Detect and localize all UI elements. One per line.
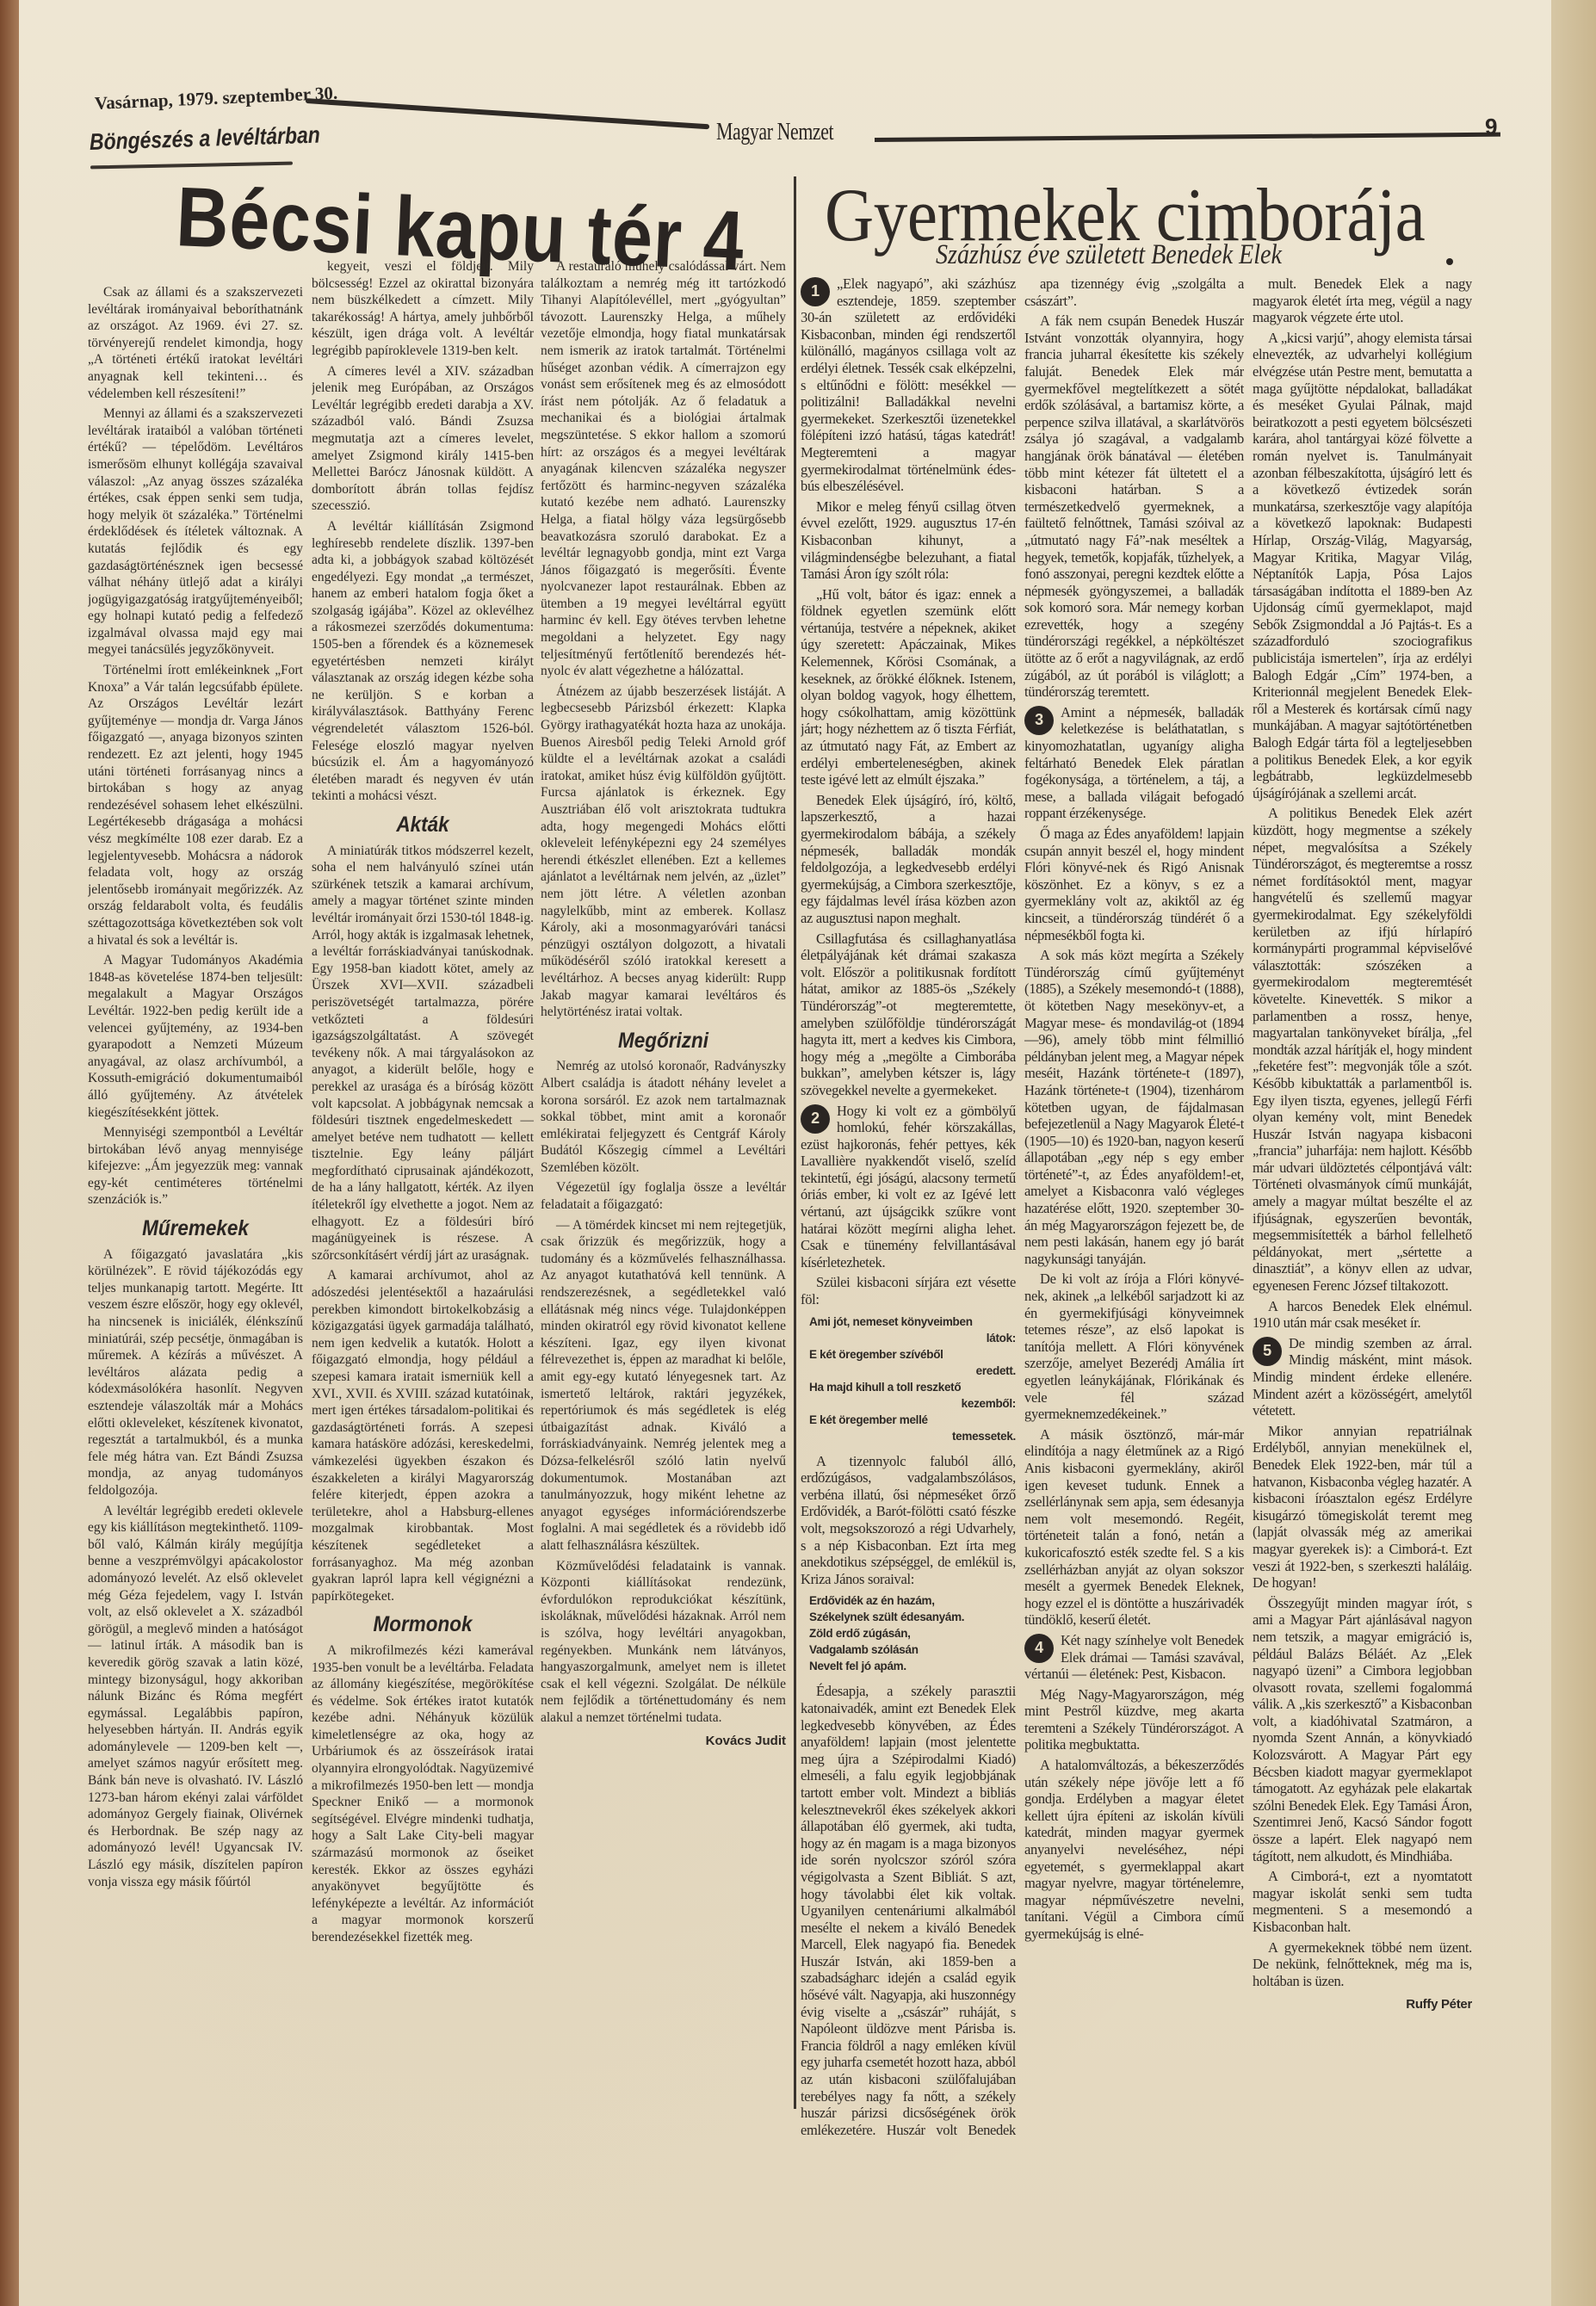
section-heading: Műremekek <box>99 1221 293 1238</box>
kriza-poem: Erdővidék az én hazám,Székelynek szült é… <box>809 1592 1016 1674</box>
poem-line: temessetek. <box>809 1428 1016 1444</box>
right-article-subheadline: Százhúsz éve született Benedek Elek <box>936 239 1282 271</box>
paragraph: A kamarai archívumot, ahol az adószedési… <box>312 1267 534 1604</box>
paragraph-text: Szülei kisbaconi sírjára ezt vésette föl… <box>801 1274 1016 1308</box>
section-number-badge: 4 <box>1024 1634 1054 1663</box>
paragraph: apa tizennégy évig „szolgálta a császárt… <box>1024 275 1244 309</box>
paragraph: Mennyiségi szempontból a Levéltár birtok… <box>88 1124 303 1209</box>
paragraph-text: Végezetül így foglalja össze a levéltár … <box>541 1180 786 1212</box>
paragraph-text: A címeres levél a XIV. században jelenik… <box>312 364 534 514</box>
paragraph-text: Közművelődési feladataink is vannak. Köz… <box>541 1559 786 1725</box>
paragraph-text: Csak az állami és a szakszervezeti levél… <box>88 285 303 401</box>
paragraph: A miniatúrák titkos módszerrel kezelt, s… <box>312 843 534 1264</box>
right-article-column-1: 1„Elek nagyapó”, aki százhúsz esztendeje… <box>801 275 1016 2135</box>
paragraph: A hatalomváltozás, a békeszerződés után … <box>1024 1757 1244 1943</box>
section-number-badge: 2 <box>801 1104 830 1134</box>
paragraph: mult. Benedek Elek a nagy magyarok életé… <box>1253 275 1472 326</box>
paragraph-text: Mennyi az állami és a szakszervezeti lev… <box>88 406 303 657</box>
paragraph: A címeres levél a XIV. században jelenik… <box>312 363 534 515</box>
paragraph-text: Benedek Elek újságíró, író, költő, lapsz… <box>801 792 1016 926</box>
section-number-badge: 5 <box>1253 1337 1282 1366</box>
poem-line: látok: <box>809 1330 1016 1346</box>
paragraph: Mikor annyian repatriálnak Erdélyből, an… <box>1253 1423 1472 1592</box>
paragraph-text: De mindig szemben az árral. Mindig máské… <box>1253 1335 1472 1419</box>
paragraph: Mikor e meleg fényű csillag ötven évvel … <box>801 498 1016 583</box>
paragraph-text: A miniatúrák titkos módszerrel kezelt, s… <box>312 844 534 1263</box>
section-number-badge: 3 <box>1024 706 1054 735</box>
paragraph: — A tömérdek kincset mi nem rejtegetjük,… <box>541 1217 786 1555</box>
poem-line: Erdővidék az én hazám, <box>809 1592 1016 1609</box>
paragraph-text: Összegyűjt minden magyar írót, s ami a M… <box>1253 1595 1472 1864</box>
section-heading: Mormonok <box>323 1617 523 1634</box>
paragraph: 4Két nagy színhelye volt Benedek Elek dr… <box>1024 1632 1244 1683</box>
paragraph-text: A kamarai archívumot, ahol az adószedési… <box>312 1268 534 1603</box>
paragraph: 2Hogy ki volt ez a gömbölyű homlokú, feh… <box>801 1103 1016 1271</box>
paragraph: Mennyi az állami és a szakszervezeti lev… <box>88 405 303 658</box>
paragraph: Csillagfutása és csillaghanyatlása életp… <box>801 930 1016 1099</box>
poem-line: kezemből: <box>809 1395 1016 1412</box>
paragraph-text: A restauráló műhely csalódással várt. Ne… <box>541 259 786 678</box>
section-heading: Megőrizni <box>553 1033 774 1050</box>
poem-line: Vadgalamb szólásán <box>809 1641 1016 1658</box>
paragraph-text: mult. Benedek Elek a nagy magyarok életé… <box>1253 275 1472 325</box>
page-number: 9 <box>1485 114 1497 140</box>
paragraph: Közművelődési feladataink is vannak. Köz… <box>541 1558 786 1727</box>
paragraph-text: A sok más közt megírta a Székely Tündéro… <box>1024 947 1244 1267</box>
paragraph-text: — A tömérdek kincset mi nem rejtegetjük,… <box>541 1218 786 1553</box>
paragraph: Átnézem az újabb beszerzések listáját. A… <box>541 683 786 1021</box>
paragraph: „Hű volt, bátor és igaz: ennek a földnek… <box>801 586 1016 788</box>
paragraph-text: A gyermekeknek többé nem üzent. De nekün… <box>1253 1939 1472 1989</box>
paragraph-text: Átnézem az újabb beszerzések listáját. A… <box>541 684 786 1019</box>
paragraph: Még Nagy-Magyarországon, még mint Pestrő… <box>1024 1686 1244 1753</box>
paragraph-text: A mikrofilmezés kézi kamerával 1935-ben … <box>312 1643 534 1944</box>
paragraph: A sok más közt megírta a Székely Tündéro… <box>1024 947 1244 1267</box>
paragraph: A Cimborá-t, ezt a nyomtatott magyar isk… <box>1253 1868 1472 1935</box>
paragraph-text: A másik ösztönző, már-már elindítója a n… <box>1024 1426 1244 1629</box>
paragraph-text: A hatalomváltozás, a békeszerződés után … <box>1024 1757 1244 1942</box>
left-article-column-3: A restauráló műhely csalódással várt. Ne… <box>541 258 786 2152</box>
paragraph: Édesapja, a székely parasztii katonaivad… <box>801 1683 1016 2135</box>
paragraph-text: A levéltár legrégibb eredeti oklevele eg… <box>88 1504 303 1889</box>
paragraph: Nemrég az utolsó koronaőr, Radványszky A… <box>541 1058 786 1176</box>
paragraph-text: Csillagfutása és csillaghanyatlása életp… <box>801 930 1016 1098</box>
paragraph-text: Történelmi írott emlékeinknek „Fort Knox… <box>88 663 303 948</box>
paragraph-text: De ki volt az írója a Flóri könyvé-nek, … <box>1024 1270 1244 1422</box>
paragraph: A mikrofilmezés kézi kamerával 1935-ben … <box>312 1642 534 1946</box>
newspaper-name: Magyar Nemzet <box>716 119 833 146</box>
paragraph: 5De mindig szemben az árral. Mindig másk… <box>1253 1335 1472 1419</box>
paragraph-text: A politikus Benedek Elek azért küzdött, … <box>1253 805 1472 1294</box>
column-divider <box>794 176 796 2109</box>
paragraph: A tizennyolc faluból álló, erdőzúgásos, … <box>801 1453 1016 1588</box>
section-heading: Akták <box>323 817 523 834</box>
author-signature: Kovács Judit <box>541 1733 786 1750</box>
paragraph: A másik ösztönző, már-már elindítója a n… <box>1024 1426 1244 1629</box>
paragraph-text: A fák nem csupán Benedek Huszár Istvánt … <box>1024 312 1244 700</box>
poem-line: E két öregember szívéből <box>809 1346 1016 1363</box>
poem-line: E két öregember mellé <box>809 1412 1016 1428</box>
paragraph-text: Ő maga az Édes anyaföldem! lapjain csupá… <box>1024 825 1244 943</box>
paragraph-text: A levéltár kiállításán Zsigmond leghíres… <box>312 519 534 804</box>
paragraph-text: „Elek nagyapó”, aki százhúsz esztendeje,… <box>801 275 1016 494</box>
paragraph: De ki volt az írója a Flóri könyvé-nek, … <box>1024 1270 1244 1422</box>
paragraph-text: Nemrég az utolsó koronaőr, Radványszky A… <box>541 1059 786 1175</box>
poem-line: Székelynek szült édesanyám. <box>809 1609 1016 1625</box>
background-right-edge <box>1544 0 1596 2306</box>
paragraph: A fák nem csupán Benedek Huszár Istvánt … <box>1024 312 1244 701</box>
paragraph-text: A harcos Benedek Elek elnémul. 1910 után… <box>1253 1298 1472 1332</box>
poem-line: eredett. <box>809 1363 1016 1379</box>
paragraph-text: Két nagy színhelye volt Benedek Elek drá… <box>1024 1632 1244 1682</box>
paragraph-text: Hogy ki volt ez a gömbölyű homlokú, fehé… <box>801 1103 1016 1270</box>
decorative-dot <box>1446 258 1453 265</box>
paragraph: 1„Elek nagyapó”, aki százhúsz esztendeje… <box>801 275 1016 495</box>
paragraph: A levéltár legrégibb eredeti oklevele eg… <box>88 1503 303 1891</box>
paragraph: Összegyűjt minden magyar írót, s ami a M… <box>1253 1595 1472 1865</box>
left-article-column-1: Csak az állami és a szakszervezeti levél… <box>88 284 303 2152</box>
paragraph-text: apa tizennégy évig „szolgálta a császárt… <box>1024 275 1244 309</box>
paragraph: A főigazgató javaslatára „kis körülnézek… <box>88 1246 303 1499</box>
paragraph-text: Mikor e meleg fényű csillag ötven évvel … <box>801 498 1016 582</box>
paragraph-text: A Magyar Tudományos Akadémia 1848-as köv… <box>88 953 303 1119</box>
paragraph: Ő maga az Édes anyaföldem! lapjain csupá… <box>1024 825 1244 943</box>
paragraph-text: kegyeit, veszi el földjeit. Mily bölcses… <box>312 259 534 358</box>
paragraph-text: A Cimborá-t, ezt a nyomtatott magyar isk… <box>1253 1868 1472 1935</box>
paragraph: A politikus Benedek Elek azért küzdött, … <box>1253 805 1472 1294</box>
paragraph-text: Mennyiségi szempontból a Levéltár birtok… <box>88 1125 303 1207</box>
paragraph: Benedek Elek újságíró, író, költő, lapsz… <box>801 792 1016 927</box>
section-number-badge: 1 <box>801 277 830 306</box>
paragraph-text: Még Nagy-Magyarországon, még mint Pestrő… <box>1024 1686 1244 1753</box>
paragraph: A levéltár kiállításán Zsigmond leghíres… <box>312 518 534 805</box>
poem-line: Ha majd kihull a toll reszkető <box>809 1379 1016 1395</box>
paragraph: A „kicsi varjú”, ahogy elemista társai e… <box>1253 330 1472 802</box>
paragraph: A gyermekeknek többé nem üzent. De nekün… <box>1253 1939 1472 1990</box>
paragraph: Végezetül így foglalja össze a levéltár … <box>541 1179 786 1213</box>
paragraph: A harcos Benedek Elek elnémul. 1910 után… <box>1253 1298 1472 1332</box>
paragraph: 3Amint a népmesék, balladák keletkezése … <box>1024 704 1244 822</box>
paragraph-text: Mikor annyian repatriálnak Erdélyből, an… <box>1253 1423 1472 1591</box>
paragraph-text: A főigazgató javaslatára „kis körülnézek… <box>88 1247 303 1498</box>
right-article-column-3: mult. Benedek Elek a nagy magyarok életé… <box>1253 275 1472 2135</box>
right-article-column-2: apa tizennégy évig „szolgálta a császárt… <box>1024 275 1244 2135</box>
poem-line: Nevelt fel jó apám. <box>809 1658 1016 1674</box>
poem-line: Ami jót, nemeset könyveimben <box>809 1314 1016 1330</box>
paragraph: Történelmi írott emlékeinknek „Fort Knox… <box>88 662 303 949</box>
poem-line: Zöld erdő zúgásán, <box>809 1625 1016 1641</box>
author-signature: Ruffy Péter <box>1253 1996 1472 2013</box>
paragraph: A restauráló műhely csalódással várt. Ne… <box>541 258 786 680</box>
paragraph-text: Amint a népmesék, balladák keletkezése i… <box>1024 704 1244 822</box>
paragraph: A Magyar Tudományos Akadémia 1848-as köv… <box>88 952 303 1121</box>
paragraph: Szülei kisbaconi sírjára ezt vésette föl… <box>801 1274 1016 1308</box>
paragraph-text: „Hű volt, bátor és igaz: ennek a földnek… <box>801 586 1016 788</box>
paragraph: Csak az állami és a szakszervezeti levél… <box>88 284 303 402</box>
left-article-column-2: kegyeit, veszi el földjeit. Mily bölcses… <box>312 258 534 2152</box>
paragraph-text: A „kicsi varjú”, ahogy elemista társai e… <box>1253 330 1472 801</box>
paragraph: kegyeit, veszi el földjeit. Mily bölcses… <box>312 258 534 360</box>
epitaph-poem: Ami jót, nemeset könyveimbenlátok:E két … <box>809 1314 1016 1444</box>
